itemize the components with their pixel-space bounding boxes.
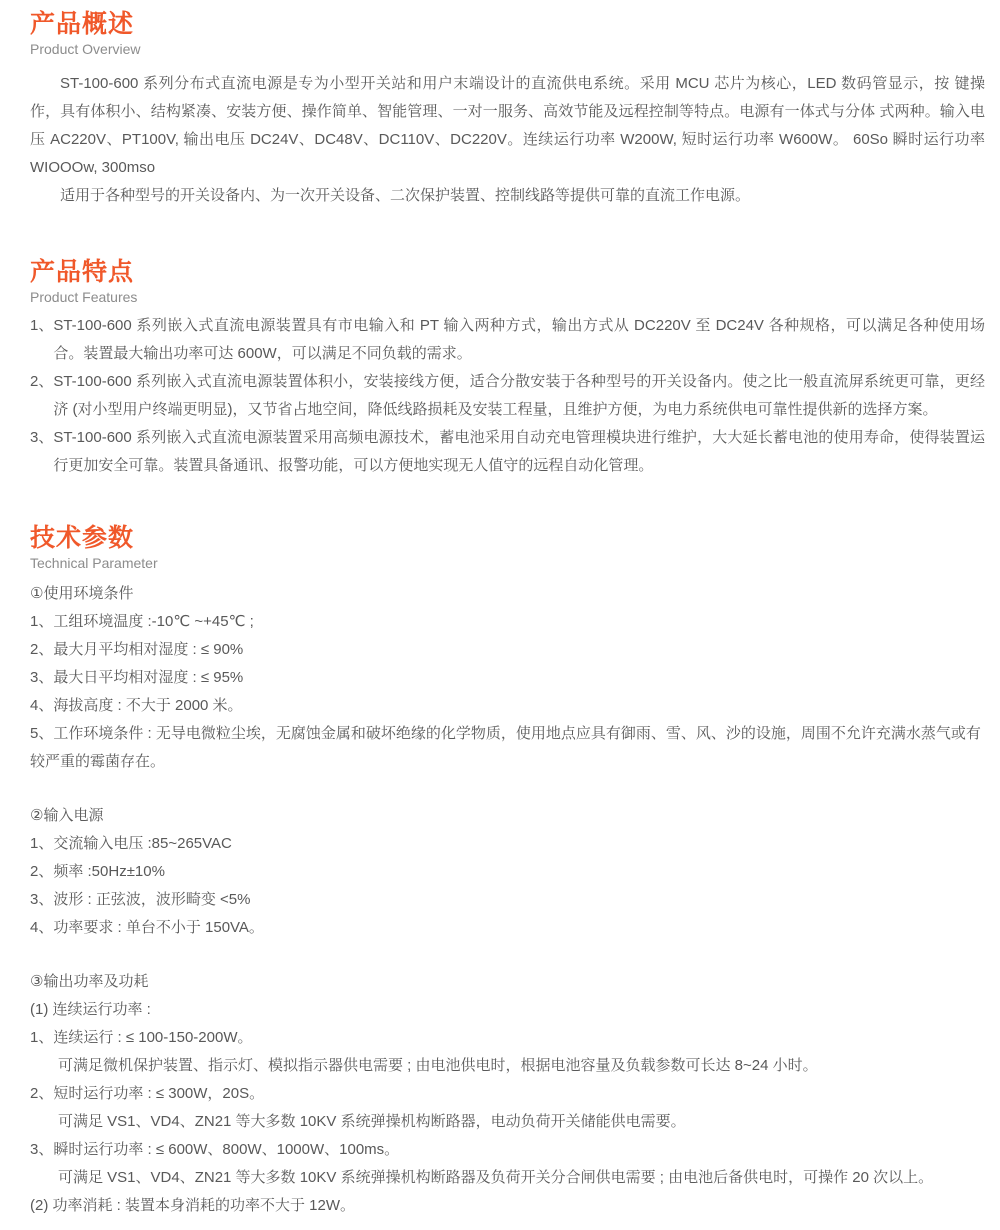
tech-group-output-power: ③输出功率及功耗 (1) 连续运行功率 : 1、连续运行 : ≤ 100-150… [30,968,985,1220]
tech-line: 5、工作环境条件 : 无导电微粒尘埃，无腐蚀金属和破坏绝缘的化学物质，使用地点应… [30,720,985,776]
feature-text: ST-100-600 系列嵌入式直流电源装置具有市电输入和 PT 输入两种方式，… [53,312,985,368]
tech-line: 2、短时运行功率 : ≤ 300W，20S。 [30,1080,985,1108]
tech-subtitle: Technical Parameter [30,554,985,572]
tech-line: 3、瞬时运行功率 : ≤ 600W、800W、1000W、100ms。 [30,1136,985,1164]
tech-line: 3、最大日平均相对湿度 : ≤ 95% [30,664,985,692]
tech-line-note: 可满足 VS1、VD4、ZN21 等大多数 10KV 系统弹操机构断路器及负荷开… [30,1164,985,1192]
section-technical-parameter: 技术参数 Technical Parameter ①使用环境条件 1、工组环境温… [30,522,985,1220]
product-doc-page: 产品概述 Product Overview ST-100-600 系列分布式直流… [0,0,1000,1230]
tech-group-input-power: ②输入电源 1、交流输入电压 :85~265VAC 2、频率 :50Hz±10%… [30,802,985,942]
features-title: 产品特点 [30,256,985,288]
tech-line: 1、工组环境温度 :-10℃ ~+45℃ ; [30,608,985,636]
tech-line: 1、交流输入电压 :85~265VAC [30,830,985,858]
section-overview: 产品概述 Product Overview ST-100-600 系列分布式直流… [30,8,985,210]
tech-line: 3、波形 : 正弦波，波形畸变 <5% [30,886,985,914]
feature-item-2: 2、 ST-100-600 系列嵌入式直流电源装置体积小，安装接线方便，适合分散… [30,368,985,424]
section-features: 产品特点 Product Features 1、 ST-100-600 系列嵌入… [30,256,985,480]
feature-text: ST-100-600 系列嵌入式直流电源装置采用高频电源技术，蓄电池采用自动充电… [53,424,985,480]
tech-line: (1) 连续运行功率 : [30,996,985,1024]
tech-line: (2) 功率消耗 : 装置本身消耗的功率不大于 12W。 [30,1192,985,1220]
tech-line: 1、连续运行 : ≤ 100-150-200W。 [30,1024,985,1052]
overview-paragraph-2: 适用于各种型号的开关设备内、为一次开关设备、二次保护装置、控制线路等提供可靠的直… [30,182,985,210]
tech-line: 2、最大月平均相对湿度 : ≤ 90% [30,636,985,664]
overview-title: 产品概述 [30,8,985,40]
tech-group-environment: ①使用环境条件 1、工组环境温度 :-10℃ ~+45℃ ; 2、最大月平均相对… [30,580,985,776]
tech-line-note: 可满足 VS1、VD4、ZN21 等大多数 10KV 系统弹操机构断路器，电动负… [30,1108,985,1136]
features-list: 1、 ST-100-600 系列嵌入式直流电源装置具有市电输入和 PT 输入两种… [30,312,985,480]
features-subtitle: Product Features [30,288,985,306]
feature-number: 1、 [30,312,53,340]
tech-group-heading: ②输入电源 [30,802,985,830]
feature-item-1: 1、 ST-100-600 系列嵌入式直流电源装置具有市电输入和 PT 输入两种… [30,312,985,368]
feature-number: 2、 [30,368,53,396]
tech-group-heading: ①使用环境条件 [30,580,985,608]
overview-paragraph-1: ST-100-600 系列分布式直流电源是专为小型开关站和用户末端设计的直流供电… [30,70,985,182]
tech-group-heading: ③输出功率及功耗 [30,968,985,996]
tech-line: 4、功率要求 : 单台不小于 150VA。 [30,914,985,942]
feature-number: 3、 [30,424,53,452]
feature-text: ST-100-600 系列嵌入式直流电源装置体积小，安装接线方便，适合分散安装于… [53,368,985,424]
tech-title: 技术参数 [30,522,985,554]
tech-line: 4、海拔高度 : 不大于 2000 米。 [30,692,985,720]
tech-line-note: 可满足微机保护装置、指示灯、模拟指示器供电需要 ; 由电池供电时，根据电池容量及… [30,1052,985,1080]
feature-item-3: 3、 ST-100-600 系列嵌入式直流电源装置采用高频电源技术，蓄电池采用自… [30,424,985,480]
tech-line: 2、频率 :50Hz±10% [30,858,985,886]
overview-subtitle: Product Overview [30,40,985,58]
